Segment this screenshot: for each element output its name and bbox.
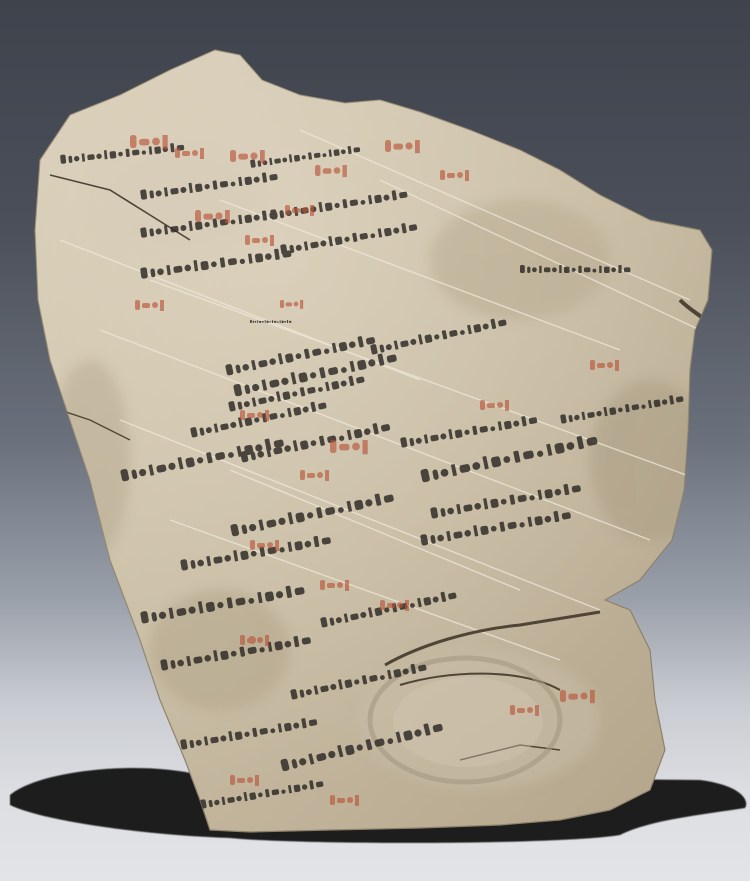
ostracon-illustration — [0, 0, 750, 881]
photo-scene: Ancient limestone ostracon with hieratic… — [0, 0, 750, 881]
ostracon-stone — [0, 0, 712, 832]
